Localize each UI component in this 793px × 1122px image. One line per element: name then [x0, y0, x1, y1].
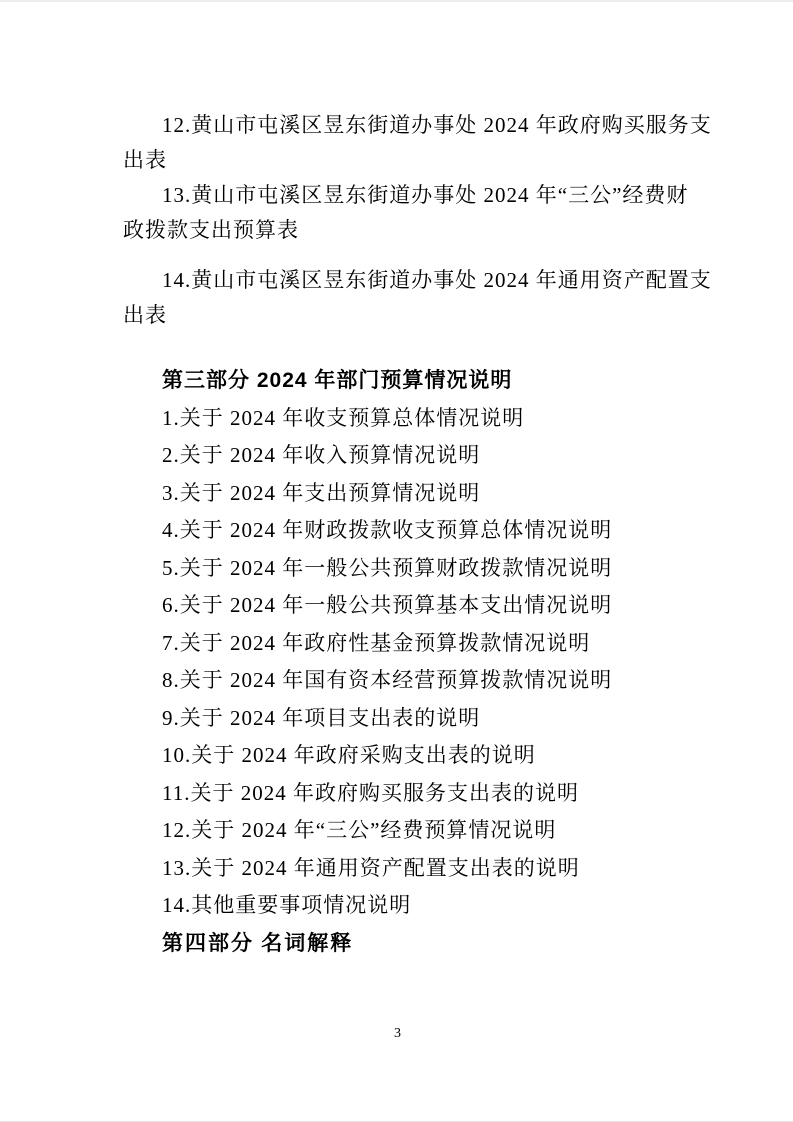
part4-heading: 第四部分 名词解释 — [123, 925, 672, 963]
part3-item-9: 9.关于 2024 年项目支出表的说明 — [123, 700, 672, 738]
part3-item-14: 14.其他重要事项情况说明 — [123, 887, 672, 925]
part3-item-1: 1.关于 2024 年收支预算总体情况说明 — [123, 400, 672, 438]
part3-item-13: 13.关于 2024 年通用资产配置支出表的说明 — [123, 850, 672, 888]
part3-item-10: 10.关于 2024 年政府采购支出表的说明 — [123, 737, 672, 775]
part3-item-3: 3.关于 2024 年支出预算情况说明 — [123, 475, 672, 513]
toc-item-14-line-2: 出表 — [123, 298, 672, 333]
toc-item-12-line-2: 出表 — [123, 143, 672, 178]
part3-item-2: 2.关于 2024 年收入预算情况说明 — [123, 437, 672, 475]
toc-item-12-line-1: 12.黄山市屯溪区昱东街道办事处 2024 年政府购买服务支 — [123, 108, 672, 143]
part3-item-7: 7.关于 2024 年政府性基金预算拨款情况说明 — [123, 625, 672, 663]
part3-item-5: 5.关于 2024 年一般公共预算财政拨款情况说明 — [123, 550, 672, 588]
page-number: 3 — [123, 1024, 672, 1044]
part3-heading: 第三部分 2024 年部门预算情况说明 — [123, 362, 672, 400]
toc-item-13-line-2: 政拨款支出预算表 — [123, 213, 672, 248]
document-content: 12.黄山市屯溪区昱东街道办事处 2024 年政府购买服务支 出表 13.黄山市… — [123, 2, 672, 962]
toc-item-14-line-1: 14.黄山市屯溪区昱东街道办事处 2024 年通用资产配置支 — [123, 263, 672, 298]
part3-item-11: 11.关于 2024 年政府购买服务支出表的说明 — [123, 775, 672, 813]
part3-item-12: 12.关于 2024 年“三公”经费预算情况说明 — [123, 812, 672, 850]
part3-item-4: 4.关于 2024 年财政拨款收支预算总体情况说明 — [123, 512, 672, 550]
document-page: 12.黄山市屯溪区昱东街道办事处 2024 年政府购买服务支 出表 13.黄山市… — [0, 0, 793, 1122]
toc-item-13-line-1: 13.黄山市屯溪区昱东街道办事处 2024 年“三公”经费财 — [123, 178, 672, 213]
part3-item-8: 8.关于 2024 年国有资本经营预算拨款情况说明 — [123, 662, 672, 700]
part3-item-6: 6.关于 2024 年一般公共预算基本支出情况说明 — [123, 587, 672, 625]
